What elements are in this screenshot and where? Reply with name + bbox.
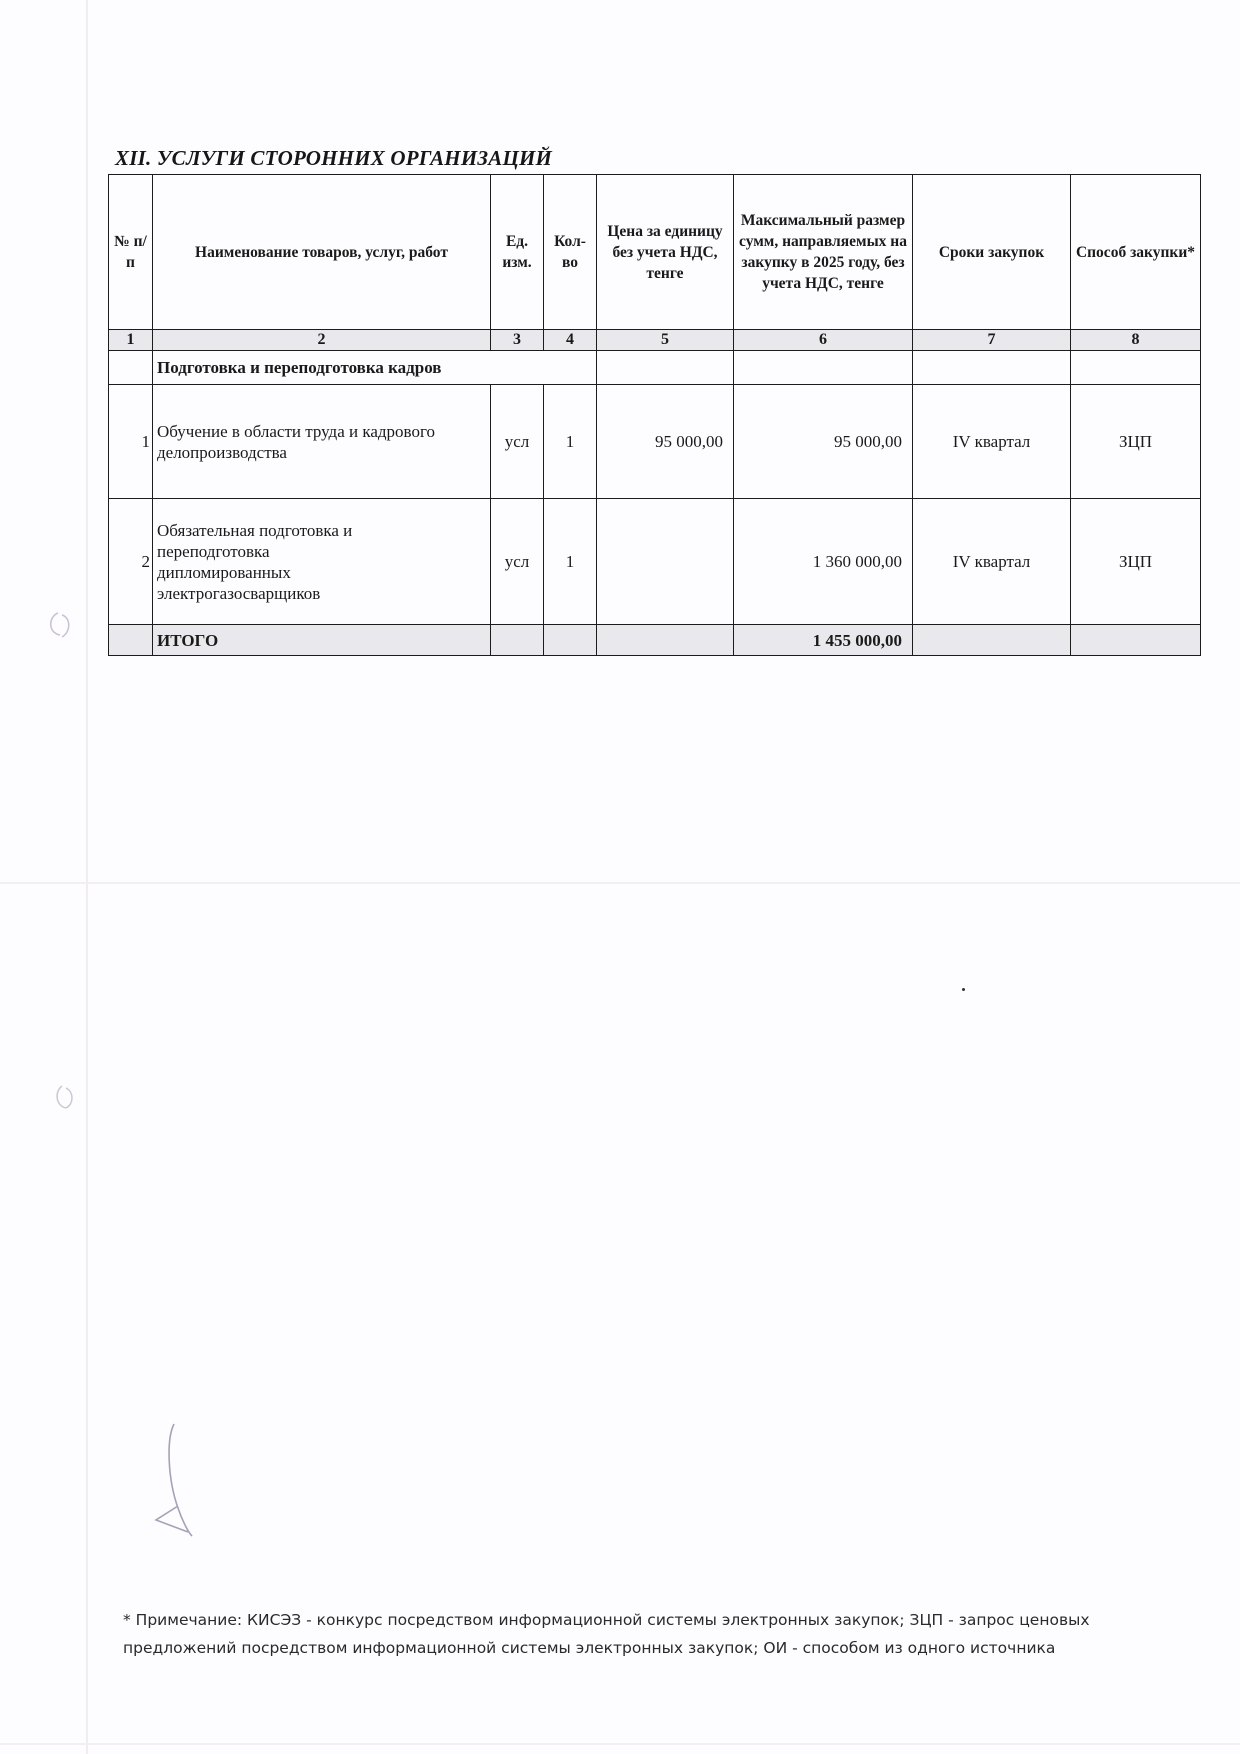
total-amount: 1 455 000,00 (734, 625, 913, 656)
section-empty-cell (109, 351, 153, 385)
column-number: 1 (109, 330, 153, 351)
section-title: XII. УСЛУГИ СТОРОННИХ ОРГАНИЗАЦИЙ (115, 146, 552, 171)
signature-icon (148, 1420, 218, 1540)
total-empty-cell (597, 625, 734, 656)
scan-dot (962, 988, 965, 991)
section-empty-cell (913, 351, 1071, 385)
handwritten-mark-icon (40, 605, 90, 645)
column-number: 7 (913, 330, 1071, 351)
total-row: ИТОГО 1 455 000,00 (109, 625, 1201, 656)
total-label: ИТОГО (153, 625, 491, 656)
unit-price: 95 000,00 (597, 385, 734, 499)
column-number-row: 1 2 3 4 5 6 7 8 (109, 330, 1201, 351)
scan-artifact-line (86, 0, 88, 1754)
scan-artifact-line (0, 882, 1240, 884)
row-number: 2 (109, 499, 153, 625)
procurement-period: IV квартал (913, 385, 1071, 499)
column-number: 5 (597, 330, 734, 351)
unit: усл (491, 385, 544, 499)
quantity: 1 (544, 385, 597, 499)
table-row: 1 Обучение в области труда и кадрового д… (109, 385, 1201, 499)
procurement-period: IV квартал (913, 499, 1071, 625)
handwritten-mark-icon (48, 1078, 88, 1118)
header-cell: Сроки закупок (913, 175, 1071, 330)
max-amount: 1 360 000,00 (734, 499, 913, 625)
header-cell: Ед. изм. (491, 175, 544, 330)
section-empty-cell (734, 351, 913, 385)
header-cell: № п/п (109, 175, 153, 330)
total-empty-cell (109, 625, 153, 656)
item-name: Обучение в области труда и кадрового дел… (153, 385, 491, 499)
unit-price (597, 499, 734, 625)
section-empty-cell (597, 351, 734, 385)
total-empty-cell (544, 625, 597, 656)
procurement-method: ЗЦП (1071, 385, 1201, 499)
unit: усл (491, 499, 544, 625)
table-header-row: № п/п Наименование товаров, услуг, работ… (109, 175, 1201, 330)
column-number: 3 (491, 330, 544, 351)
header-cell: Наименование товаров, услуг, работ (153, 175, 491, 330)
scan-artifact-line (0, 1743, 1240, 1745)
section-empty-cell (1071, 351, 1201, 385)
table-row: 2 Обязательная подготовка и переподготов… (109, 499, 1201, 625)
column-number: 4 (544, 330, 597, 351)
column-number: 2 (153, 330, 491, 351)
column-number: 6 (734, 330, 913, 351)
total-empty-cell (913, 625, 1071, 656)
header-cell: Кол-во (544, 175, 597, 330)
total-empty-cell (491, 625, 544, 656)
footnote: * Примечание: КИСЭЗ - конкурс посредство… (123, 1606, 1123, 1662)
header-cell: Максимальный размер сумм, направляемых н… (734, 175, 913, 330)
header-cell: Цена за единицу без учета НДС, тенге (597, 175, 734, 330)
section-heading: Подготовка и переподготовка кадров (153, 351, 597, 385)
header-cell: Способ закупки* (1071, 175, 1201, 330)
column-number: 8 (1071, 330, 1201, 351)
row-number: 1 (109, 385, 153, 499)
section-row: Подготовка и переподготовка кадров (109, 351, 1201, 385)
procurement-method: ЗЦП (1071, 499, 1201, 625)
max-amount: 95 000,00 (734, 385, 913, 499)
quantity: 1 (544, 499, 597, 625)
total-empty-cell (1071, 625, 1201, 656)
procurement-table: № п/п Наименование товаров, услуг, работ… (108, 174, 1201, 656)
item-name: Обязательная подготовка и переподготовка… (153, 499, 491, 625)
